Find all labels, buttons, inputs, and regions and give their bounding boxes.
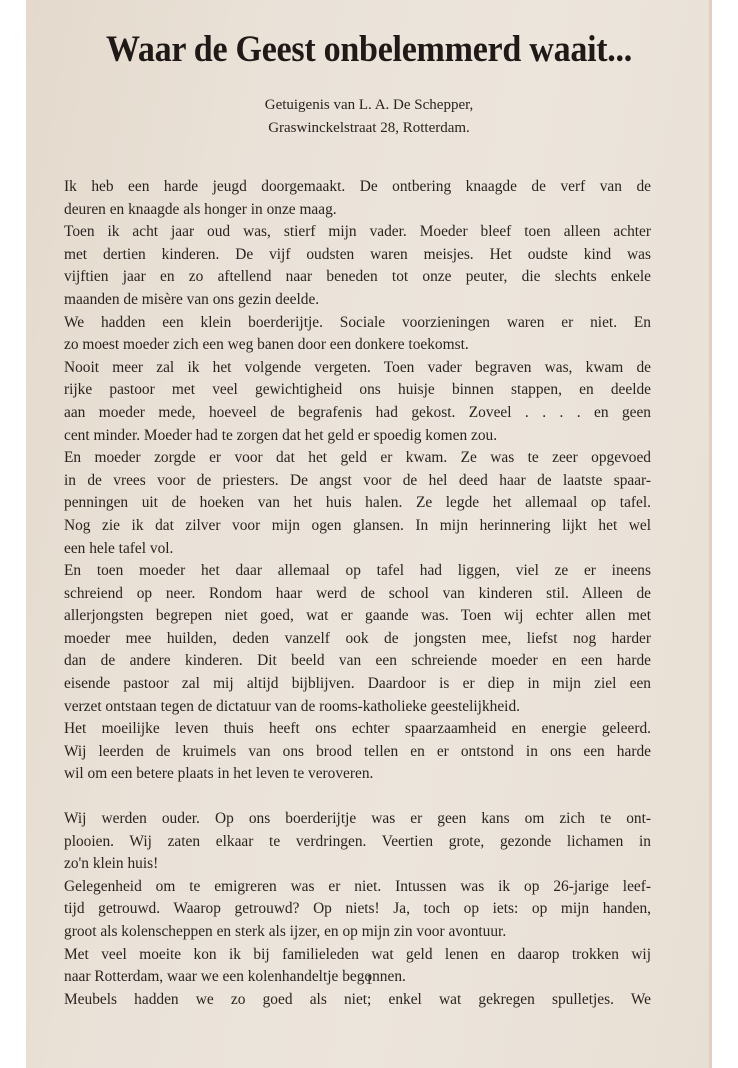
section-gap [64, 786, 651, 808]
paragraph: Gelegenheid om te emigreren was er niet.… [64, 876, 651, 944]
text-line: met dertien kinderen. De vijf oudsten wa… [64, 244, 651, 267]
text-line: We hadden een klein boerderijtje. Social… [64, 312, 651, 335]
text-line: zo'n klein huis! [64, 853, 651, 876]
page-number: 1 [26, 972, 712, 989]
text-line: Wij leerden de kruimels van ons brood te… [64, 741, 651, 764]
text-line: Met veel moeite kon ik bij familieleden … [64, 944, 651, 967]
paragraph: En toen moeder het daar allemaal op tafe… [64, 560, 651, 718]
text-line: plooien. Wij zaten elkaar te verdringen.… [64, 831, 651, 854]
text-line: maanden de misère van ons gezin deelde. [64, 289, 651, 312]
byline-author: Getuigenis van L. A. De Schepper, [26, 94, 712, 117]
text-line: Wij werden ouder. Op ons boerderijtje wa… [64, 808, 651, 831]
text-line: Nooit meer zal ik het volgende vergeten.… [64, 357, 651, 380]
text-line: En moeder zorgde er voor dat het geld er… [64, 447, 651, 470]
text-line: Het moeilijke leven thuis heeft ons echt… [64, 718, 651, 741]
text-line: tijd getrouwd. Waarop getrouwd? Op niets… [64, 898, 651, 921]
text-line: Nog zie ik dat zilver voor mijn ogen gla… [64, 515, 651, 538]
text-line: eisende pastoor zal mij altijd bijblijve… [64, 673, 651, 696]
text-line: Meubels hadden we zo goed als niet; enke… [64, 989, 651, 1012]
text-line: cent minder. Moeder had te zorgen dat he… [64, 425, 651, 448]
paragraph: En moeder zorgde er voor dat het geld er… [64, 447, 651, 560]
byline-address: Graswinckelstraat 28, Rotterdam. [26, 117, 712, 140]
text-line: een hele tafel vol. [64, 538, 651, 561]
page-title: Waar de Geest onbelemmerd waait... [53, 28, 684, 71]
document-page: Waar de Geest onbelemmerd waait... Getui… [26, 0, 712, 1068]
text-line: in de vrees voor de priesters. De angst … [64, 470, 651, 493]
paragraph: Ik heb een harde jeugd doorgemaakt. De o… [64, 176, 651, 221]
text-line: dan de andere kinderen. Dit beeld van ee… [64, 650, 651, 673]
text-line: wil om een betere plaats in het leven te… [64, 763, 651, 786]
text-line: aan moeder mede, hoeveel de begrafenis h… [64, 402, 651, 425]
text-line: Ik heb een harde jeugd doorgemaakt. De o… [64, 176, 651, 199]
body-text: Ik heb een harde jeugd doorgemaakt. De o… [64, 176, 651, 1011]
text-line: Gelegenheid om te emigreren was er niet.… [64, 876, 651, 899]
paragraph: Nooit meer zal ik het volgende vergeten.… [64, 357, 651, 447]
text-line: groot als kolenscheppen en sterk als ijz… [64, 921, 651, 944]
text-line: verzet ontstaan tegen de dictatuur van d… [64, 696, 651, 719]
text-line: zo moest moeder zich een weg banen door … [64, 334, 651, 357]
paragraph: We hadden een klein boerderijtje. Social… [64, 312, 651, 357]
text-line: rijke pastoor met veel gewichtigheid ons… [64, 379, 651, 402]
text-line: moeder mee huilden, deden vanzelf ook de… [64, 628, 651, 651]
text-line: penningen uit de hoeken van het huis hal… [64, 492, 651, 515]
paragraph: Meubels hadden we zo goed als niet; enke… [64, 989, 651, 1012]
text-line: En toen moeder het daar allemaal op tafe… [64, 560, 651, 583]
text-line: vijftien jaar en zo aftellend naar bened… [64, 266, 651, 289]
byline: Getuigenis van L. A. De Schepper, Graswi… [26, 94, 712, 140]
paragraph: Wij werden ouder. Op ons boerderijtje wa… [64, 808, 651, 876]
text-line: deuren en knaagde als honger in onze maa… [64, 199, 651, 222]
text-line: allerjongsten begrepen niet goed, wat er… [64, 605, 651, 628]
paragraph: Toen ik acht jaar oud was, stierf mijn v… [64, 221, 651, 311]
paragraph: Het moeilijke leven thuis heeft ons echt… [64, 718, 651, 786]
text-line: schreiend op neer. Rondom haar werd de s… [64, 583, 651, 606]
text-line: Toen ik acht jaar oud was, stierf mijn v… [64, 221, 651, 244]
